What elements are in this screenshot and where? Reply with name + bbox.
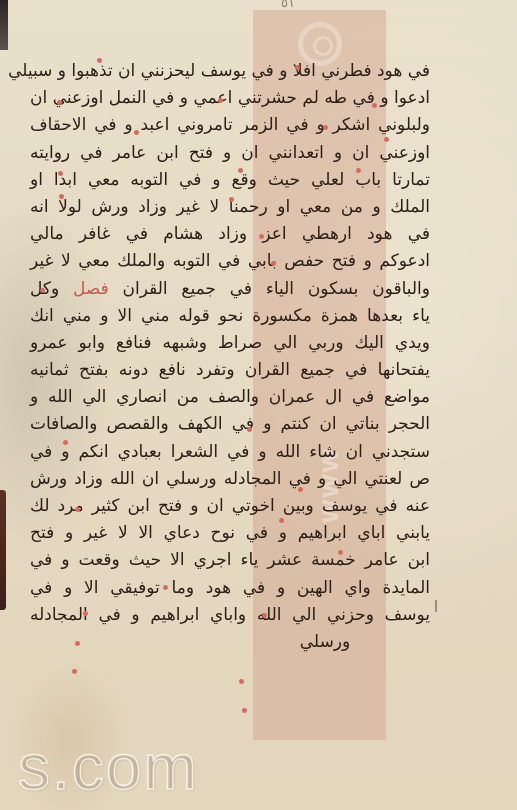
verse-marker-dot bbox=[163, 585, 168, 590]
line-text: ولبلوني اشكر و في الزمر تامروني اعبد و ف… bbox=[30, 115, 430, 135]
manuscript-line: تمارتا باب لعلي حيث وقع و في التوبه معي … bbox=[30, 167, 430, 194]
verse-marker-dot bbox=[238, 168, 243, 173]
line-text: ص لعنتي الي و في المجادله ورسلي ان الله … bbox=[30, 469, 430, 489]
verse-marker-dot bbox=[295, 65, 300, 70]
verse-marker-dot bbox=[75, 507, 80, 512]
manuscript-line: ويدي اليك وربي الي صراط وشبهه فنافع وابو… bbox=[30, 330, 430, 357]
line-text: يوسف وحزني الي الله واباي ابراهيم و في ا… bbox=[30, 605, 430, 625]
verse-marker-dot bbox=[218, 98, 223, 103]
line-text: والباقون بسكون الياء في جميع القران bbox=[123, 279, 430, 299]
manuscript-line: ادعوا و في طه لم حشرتني اعمي و في النمل … bbox=[30, 85, 430, 112]
verse-marker-dot bbox=[72, 669, 77, 674]
verse-marker-dot bbox=[83, 611, 88, 616]
verse-marker-dot bbox=[259, 234, 264, 239]
verse-marker-dot bbox=[262, 613, 267, 618]
manuscript-line: ادعوكم و فتح حفص بابي في التوبه والملك م… bbox=[30, 248, 430, 275]
verse-marker-dot bbox=[279, 518, 284, 523]
verse-marker-dot bbox=[247, 427, 252, 432]
line-text: تمارتا باب لعلي حيث وقع و في التوبه معي … bbox=[30, 170, 430, 190]
manuscript-line: في هود ارهطي اعز وزاد هشام في غافر مالي bbox=[30, 221, 430, 248]
manuscript-line: يفتحانها في جميع القران وتفرد نافع دونه … bbox=[30, 357, 430, 384]
verse-marker-dot bbox=[356, 168, 361, 173]
verse-marker-dot bbox=[338, 550, 343, 555]
line-text: اوزعني ان و اتعدانني ان و فتح ابن عامر ف… bbox=[30, 143, 430, 163]
manuscript-line: ستجدني ان شاء الله و في الشعرا بعبادي ان… bbox=[30, 439, 430, 466]
line-text: ويدي اليك وربي الي صراط وشبهه فنافع وابو… bbox=[30, 333, 430, 353]
verse-marker-dot bbox=[40, 288, 45, 293]
verse-marker-dot bbox=[239, 679, 244, 684]
verse-marker-dot bbox=[229, 197, 234, 202]
manuscript-page: ٥١ www في هود فطرني افلا و في يوسف ليحزن… bbox=[0, 0, 517, 810]
manuscript-line: المايدة واي الهين و في هود وما توفيقي ال… bbox=[30, 575, 430, 602]
manuscript-line: والباقون بسكون الياء في جميع القران فصل … bbox=[30, 276, 430, 303]
line-text: ادعوا و في طه لم حشرتني اعمي و في النمل … bbox=[30, 88, 430, 108]
line-text: ابن عامر خمسة عشر ياء اجري الا حيث وقعت … bbox=[30, 550, 430, 570]
line-text: الحجر بناتي ان كنتم و في الكهف والقصص وا… bbox=[30, 414, 430, 434]
line-text: ادعوكم و فتح حفص بابي في التوبه والملك م… bbox=[30, 251, 430, 271]
verse-marker-dot bbox=[384, 137, 389, 142]
verse-marker-dot bbox=[97, 58, 102, 63]
binding-edge-lower bbox=[0, 490, 6, 610]
verse-marker-dot bbox=[298, 487, 303, 492]
line-text: مواضع في ال عمران والصف من انصاري الي ال… bbox=[30, 387, 430, 407]
verse-marker-dot bbox=[57, 100, 62, 105]
line-text: في هود ارهطي اعز وزاد هشام في غافر مالي bbox=[30, 224, 430, 244]
line-text: ياء بعدها همزة مكسورة نحو قوله مني الا و… bbox=[30, 306, 430, 326]
verse-marker-dot bbox=[242, 708, 247, 713]
verse-marker-dot bbox=[59, 194, 64, 199]
line-text: عنه في يوسف وبين اخوتي ان و فتح ابن كثير… bbox=[30, 496, 430, 516]
line-text: في هود فطرني افلا و في يوسف ليحزنني ان ت… bbox=[8, 61, 430, 81]
manuscript-line: مواضع في ال عمران والصف من انصاري الي ال… bbox=[30, 384, 430, 411]
manuscript-line: يابني اباي ابراهيم و في نوح دعاي الا لا … bbox=[30, 520, 430, 547]
line-text: ستجدني ان شاء الله و في الشعرا بعبادي ان… bbox=[30, 442, 430, 462]
manuscript-line: ورسلي bbox=[30, 629, 430, 656]
watermark-corner-text: s.com bbox=[18, 730, 199, 804]
manuscript-line: اوزعني ان و اتعدانني ان و فتح ابن عامر ف… bbox=[30, 140, 430, 167]
manuscript-line: ولبلوني اشكر و في الزمر تامروني اعبد و ف… bbox=[30, 112, 430, 139]
manuscript-line: الحجر بناتي ان كنتم و في الكهف والقصص وا… bbox=[30, 411, 430, 438]
verse-marker-dot bbox=[134, 130, 139, 135]
rubric-heading: فصل bbox=[73, 279, 109, 299]
manuscript-line: ص لعنتي الي و في المجادله ورسلي ان الله … bbox=[30, 466, 430, 493]
verse-marker-dot bbox=[63, 440, 68, 445]
verse-marker-dot bbox=[271, 261, 276, 266]
verse-marker-dot bbox=[75, 641, 80, 646]
manuscript-line: ابن عامر خمسة عشر ياء اجري الا حيث وقعت … bbox=[30, 547, 430, 574]
manuscript-line: في هود فطرني افلا و في يوسف ليحزنني ان ت… bbox=[30, 58, 430, 85]
manuscript-line: ياء بعدها همزة مكسورة نحو قوله مني الا و… bbox=[30, 303, 430, 330]
verse-marker-dot bbox=[58, 171, 63, 176]
manuscript-line: عنه في يوسف وبين اخوتي ان و فتح ابن كثير… bbox=[30, 493, 430, 520]
verse-marker-dot bbox=[372, 103, 377, 108]
line-text: يابني اباي ابراهيم و في نوح دعاي الا لا … bbox=[30, 523, 430, 543]
line-text: ورسلي bbox=[300, 632, 350, 652]
binding-edge bbox=[0, 0, 8, 50]
manuscript-line: يوسف وحزني الي الله واباي ابراهيم و في ا… bbox=[30, 602, 430, 629]
verse-marker-dot bbox=[323, 125, 328, 130]
line-text: يفتحانها في جميع القران وتفرد نافع دونه … bbox=[30, 360, 430, 380]
line-text: المايدة واي الهين و في هود وما توفيقي ال… bbox=[30, 578, 430, 598]
ink-mark bbox=[435, 600, 437, 612]
manuscript-text: في هود فطرني افلا و في يوسف ليحزنني ان ت… bbox=[30, 58, 430, 656]
